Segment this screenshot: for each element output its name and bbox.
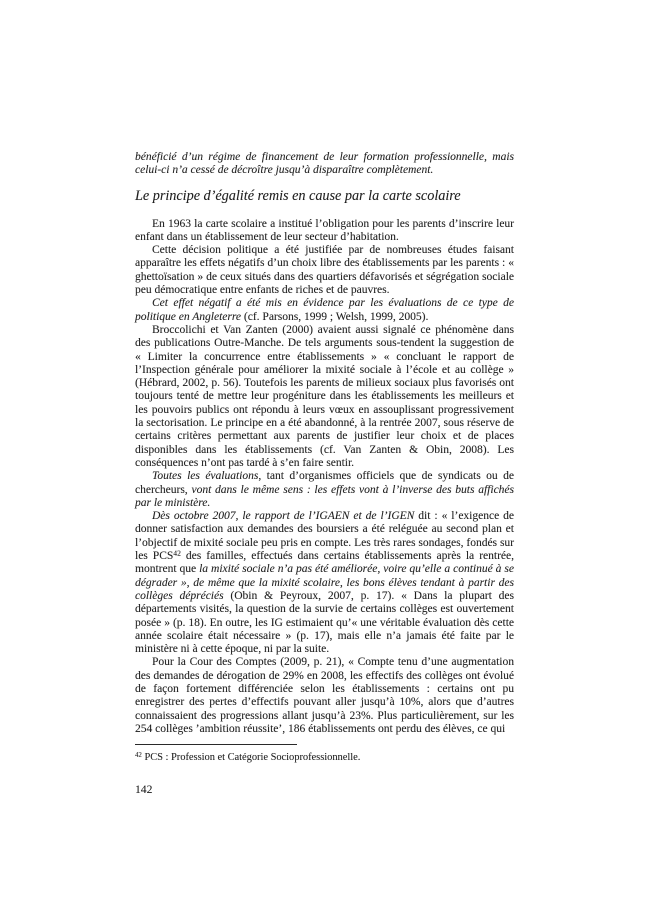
footnote-separator — [135, 744, 297, 745]
text-segment: Toutes les évaluations — [152, 470, 258, 482]
body-paragraph: Cette décision politique a été justifiée… — [135, 244, 514, 297]
footnote-marker: 42 — [135, 752, 142, 759]
text-segment: Cette décision politique a été justifiée… — [135, 244, 514, 296]
body-paragraph: Pour la Cour des Comptes (2009, p. 21), … — [135, 656, 514, 736]
body-paragraph: Dès octobre 2007, le rapport de l’IGAEN … — [135, 510, 514, 656]
document-page: bénéficié d’un régime de financement de … — [0, 0, 650, 920]
body-paragraph: Toutes les évaluations, tant d’organisme… — [135, 470, 514, 510]
page-number: 142 — [135, 783, 152, 796]
text-segment: Dès octobre 2007, le rapport de l’IGAEN … — [152, 510, 414, 522]
text-segment: bénéficié d’un régime de financement de … — [135, 151, 514, 176]
continuation-paragraph: bénéficié d’un régime de financement de … — [135, 151, 514, 178]
body-paragraph: En 1963 la carte scolaire a institué l’o… — [135, 218, 514, 245]
text-block: bénéficié d’un régime de financement de … — [135, 151, 514, 736]
section-heading: Le principe d’égalité remis en cause par… — [135, 188, 514, 205]
footnote-text: PCS : Profession et Catégorie Socioprofe… — [142, 752, 360, 763]
footnote: 42 PCS : Profession et Catégorie Sociopr… — [135, 751, 514, 764]
body-paragraph: Cet effet négatif a été mis en évidence … — [135, 297, 514, 324]
body-paragraph: Broccolichi et Van Zanten (2000) avaient… — [135, 324, 514, 470]
text-segment: (cf. Parsons, 1999 ; Welsh, 1999, 2005). — [244, 311, 428, 323]
text-segment: vont dans le même sens : les effets vont… — [135, 484, 514, 509]
text-segment: Pour la Cour des Comptes (2009, p. 21), … — [135, 656, 514, 734]
text-segment: En 1963 la carte scolaire a institué l’o… — [135, 218, 514, 243]
footnote-reference: 42 — [173, 549, 181, 558]
text-segment: Broccolichi et Van Zanten (2000) avaient… — [135, 324, 514, 469]
